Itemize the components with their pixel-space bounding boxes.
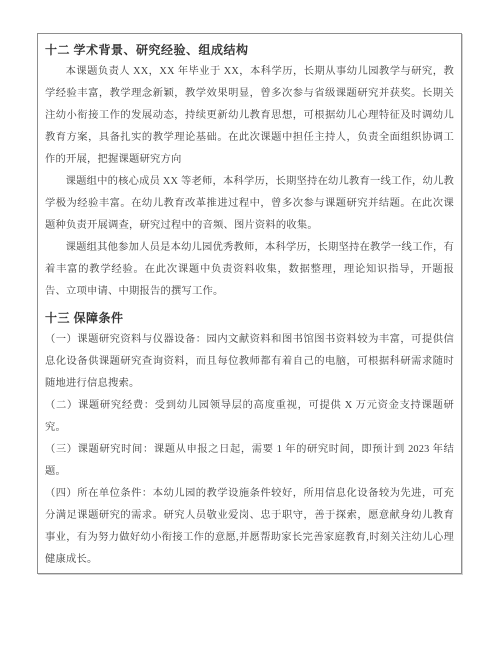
support-item-materials-equipment: （一）课题研究资料与仪器设备：园内文献资料和图书馆图书资料较为丰富，可提供信息化…	[45, 329, 454, 395]
academic-paragraph-core-members: 课题组中的核心成员 XX 等老师，本科学历，长期坚持在幼儿教育一线工作，幼儿教学…	[45, 171, 454, 237]
support-item-funding: （二）课题研究经费：受到幼儿园领导层的高度重视，可提供 X 万元资金支持课题研究…	[45, 395, 454, 439]
academic-paragraph-other-members: 课题组其他参加人员是本幼儿园优秀教师，本科学历，长期坚持在教学一线工作，有着丰富…	[45, 237, 454, 303]
support-item-unit-conditions: （四）所在单位条件：本幼儿园的教学设施条件较好，所用信息化设备较为先进，可充分满…	[45, 483, 454, 571]
document-page: { "page": { "background_color": "#ffffff…	[0, 0, 500, 666]
academic-paragraph-leader: 本课题负责人 XX，XX 年毕业于 XX，本科学历，长期从事幼儿园教学与研究，教…	[45, 61, 454, 171]
section-12-heading: 十二 学术背景、研究经验、组成结构	[45, 39, 454, 61]
support-item-time: （三）课题研究时间：课题从申报之日起，需要 1 年的研究时间，即预计到 2023…	[45, 439, 454, 483]
section-13-heading: 十三 保障条件	[45, 307, 454, 329]
form-cell-box: 十二 学术背景、研究经验、组成结构 本课题负责人 XX，XX 年毕业于 XX，本…	[37, 33, 462, 574]
